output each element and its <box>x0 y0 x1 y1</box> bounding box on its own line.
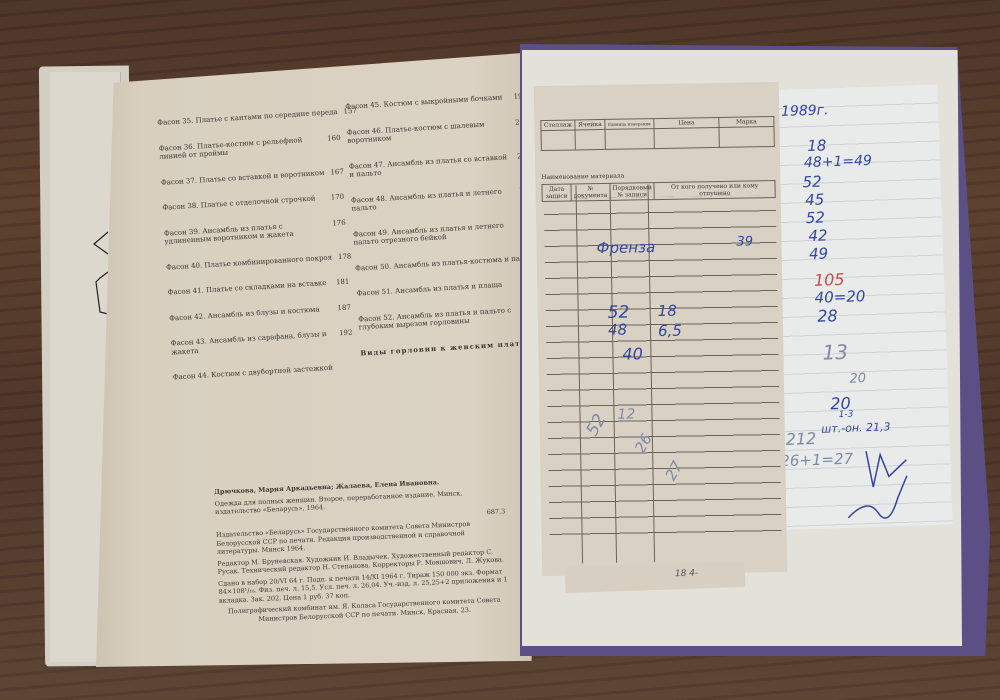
note-value: 42 <box>808 226 828 245</box>
note-value: 48+1=49 <box>804 153 873 171</box>
handwritten-calc: 40 <box>622 344 643 363</box>
column-header: Ячейка <box>575 119 605 130</box>
toc-row: Фасон 47. Ансамбль из платья со вставкой… <box>349 151 532 179</box>
toc-row: Фасон 40. Платье комбинированного покроя… <box>166 252 348 272</box>
toc-row: Фасон 39. Ансамбль из платья с удлиненны… <box>164 218 347 246</box>
note-value: 52 <box>802 173 822 192</box>
column-header: Стеллаж <box>541 120 575 131</box>
toc-row: Фасон 41. Платье со складками на вставке… <box>167 278 349 298</box>
note-value: 40=20 <box>814 287 865 307</box>
note-value: 1-3 <box>839 410 854 421</box>
strip-note: 18 4- <box>675 568 699 579</box>
note-value-red: 105 <box>814 270 845 290</box>
toc-row: Фасон 42. Ансамбль из блузы и костюма187 <box>169 303 351 323</box>
note-value: 13 <box>822 340 848 365</box>
note-value: 18 <box>807 136 827 155</box>
toc-row: Фасон 50. Ансамбль из платья-костюма и п… <box>355 253 537 273</box>
material-name-label: Наименование материала <box>541 173 624 181</box>
table-of-contents-right: Фасон 45. Костюм с выкройными бочками197… <box>344 75 543 375</box>
table-of-contents-left: Фасон 35. Платье с кантами по середине п… <box>156 91 356 399</box>
toc-row: Фасон 46. Платье-костюм с шалевым воротн… <box>347 117 530 145</box>
imprint-block: Дрючкова, Мария Аркадьевна; Жалаева, Еле… <box>214 475 510 628</box>
toc-row: Фасон 45. Костюм с выкройными бочками197 <box>345 92 527 112</box>
toc-row: Фасон 37. Платье со вставкой и воротнико… <box>161 167 343 187</box>
toc-row: Фасон 36. Платье-костюм с рельефной лини… <box>159 133 342 161</box>
left-book-page: Фасон 35. Платье с кантами по середине п… <box>96 52 536 667</box>
toc-row: Фасон 38. Платье с отделочной строчкой17… <box>162 193 344 213</box>
ledger-top-table: Стеллаж Ячейка Единица измерения Цена Ма… <box>540 116 775 151</box>
handwritten-item: Френза <box>596 238 655 257</box>
note-value: шт.-он. 21,3 <box>821 420 891 435</box>
toc-heading: Виды горловин к женским платьям <box>360 338 542 358</box>
handwritten-calc: 18 <box>658 302 677 320</box>
note-value: 45 <box>805 190 825 209</box>
handwritten-calc: 6,5 <box>658 322 682 340</box>
toc-row: Фасон 43. Ансамбль из сарафана, блузы и … <box>171 328 354 356</box>
toc-row: Фасон 52. Ансамбль из платья и пальто с … <box>358 304 541 332</box>
note-value: 28 <box>817 306 838 326</box>
note-value: 49 <box>809 244 829 263</box>
handwritten-calc: 12 <box>617 406 635 422</box>
toc-row: Фасон 48. Ансамбль из платья и летнего п… <box>351 185 534 213</box>
note-value: 52 <box>806 208 826 227</box>
toc-row: Фасон 51. Ансамбль из платья и плаща220 <box>356 279 538 299</box>
handwritten-side-number: 39 <box>736 234 753 249</box>
toc-row: Фасон 44. Костюм с двубортной застежкой <box>173 362 355 382</box>
toc-row: Фасон 35. Платье с кантами по середине п… <box>157 108 339 128</box>
toc-row: Фасон 49. Ансамбль из платья и летнего п… <box>353 219 536 247</box>
scribble-signature-icon <box>836 445 929 528</box>
handwritten-calc: 48 <box>608 321 627 339</box>
note-value: 20 <box>849 371 866 387</box>
inventory-ledger-card: Стеллаж Ячейка Единица измерения Цена Ма… <box>534 82 788 576</box>
